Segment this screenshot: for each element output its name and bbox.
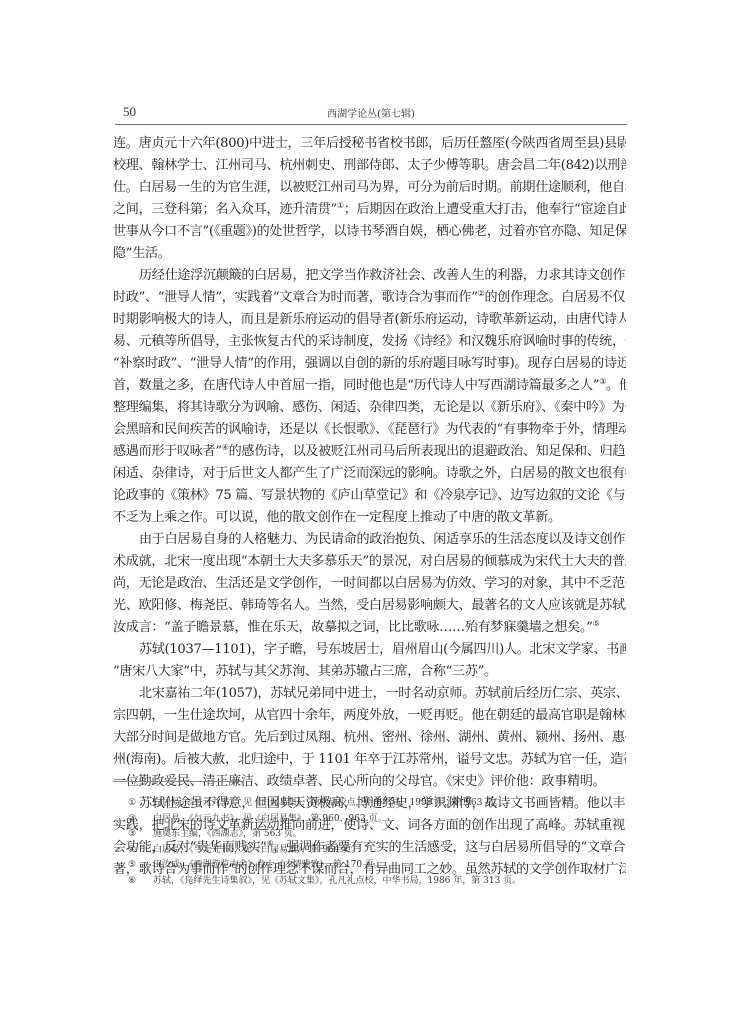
footnote-item: ⑥苏轼，《凫绎先生诗集叙》，见《苏轼文集》，孔凡礼点校，中华书局，1986 年，…: [128, 874, 628, 890]
text-line: 世事从今口不言”(《重题》)的处世哲学，以诗书琴酒自娱，栖心佛老，过着亦官亦隐、…: [113, 221, 626, 243]
text-line: “唐宋八大家”中，苏轼与其父苏洵、其弟苏辙占三席，合称“三苏”。: [113, 661, 626, 683]
footnote-mark: ⑥: [128, 874, 153, 890]
footnote-text: 苏轼，《凫绎先生诗集叙》，见《苏轼文集》，孔凡礼点校，中华书局，1986 年，第…: [153, 876, 521, 886]
running-title: 西湖学论丛(第七辑): [115, 105, 627, 120]
text-line: 之间，三登科第；名入众耳，迹升清贯”①；后期因在政治上遭受重大打击，他奉行“宦途…: [113, 199, 626, 221]
text-line: 尚，无论是政治、生活还是文学创作，一时间都以白居易为仿效、学习的对象，其中不乏范…: [113, 573, 626, 595]
footnotes: ①白居易，《与元九书》，见《白居易集》，顾学颉校点，中华书局，1999 年，第 …: [128, 796, 628, 890]
footnote-mark: ③: [128, 827, 153, 843]
footnote-mark: ②: [128, 812, 153, 828]
text-line: 易、元稹等所倡导，主张恢复古代的采诗制度，发扬《诗经》和汉魏乐府讽喻时事的传统，…: [113, 331, 626, 353]
footnote-text: 白居易，《与元九书》，见《白居易集》，第 960、962 页。: [153, 814, 387, 824]
text-line: 大部分时间是做地方官。先后到过凤翔、杭州、密州、徐州、湖州、黄州、颍州、扬州、惠…: [113, 727, 626, 749]
footnote-text: 施奠东主编，《西湖志》，第 563 页。: [153, 829, 302, 839]
text-line: 时期影响极大的诗人，而且是新乐府运动的倡导者(新乐府运动，诗歌革新运动，由唐代诗…: [113, 309, 626, 331]
text-line: 会黑暗和民间疾苦的讽喻诗，还是以《长恨歌》、《琵琶行》为代表的“有事物牵于外，情…: [113, 419, 626, 441]
text-line: 宗四朝，一生仕途坎坷，从官四十余年，两度外放，一贬再贬。他在朝廷的最高官职是翰林…: [113, 705, 626, 727]
body-text: 连。唐贞元十六年(800)中进士，三年后授秘书省校书郎，后历任盩厔(今陕西省周至…: [113, 133, 626, 881]
footnote-mark: ⑤: [128, 858, 153, 874]
footnote-item: ⑤田汝成，《西湖游览志余》卷十《才情雅致》，第 170 页。: [128, 858, 628, 874]
footnote-mark: ④: [128, 843, 153, 859]
text-line: 感遇而形于叹咏者”④的感伤诗，以及被贬江州司马后所表现出的退避政治、知足保和、归…: [113, 441, 626, 463]
text-line: 不乏为上乘之作。可以说，他的散文创作在一定程度上推动了中唐的散文革新。: [113, 507, 626, 529]
text-line: 由于白居易自身的人格魅力、为民请命的政治抱负、闲适享乐的生活态度以及诗文创作上的…: [113, 529, 626, 551]
text-line: 光、欧阳修、梅尧臣、韩琦等名人。当然，受白居易影响颇大、最著名的文人应该就是苏轼…: [113, 595, 626, 617]
text-line: 连。唐贞元十六年(800)中进士，三年后授秘书省校书郎，后历任盩厔(今陕西省周至…: [113, 133, 626, 155]
text-line: 时政”、“泄导人情”，实践着“文章合为时而著，歌诗合为事而作”②的创作理念。白居…: [113, 287, 626, 309]
footnote-text: 白居易，《与元九书》，见《白居易集》，第 964 页。: [153, 845, 360, 855]
footnote-item: ①白居易，《与元九书》，见《白居易集》，顾学颉校点，中华书局，1999 年，第 …: [128, 796, 628, 812]
footnote-mark: ①: [128, 796, 153, 812]
footnote-ref[interactable]: ④: [222, 443, 229, 452]
text-line: “补察时政”、“泄导人情”的作用，强调以自创的新的乐府题目咏写时事)。现存白居易…: [113, 353, 626, 375]
footnote-text: 田汝成，《西湖游览志余》卷十《才情雅致》，第 170 页。: [153, 860, 383, 870]
text-line: 州(海南)。后被大赦，北归途中，于 1101 年卒于江苏常州，谥号文忠。苏轼为官…: [113, 749, 626, 771]
text-line: 汝成言：“盖子瞻景慕，惟在乐天，故摹拟之词，比比歌咏……殆有梦寐羹墙之想矣。”⑤: [113, 617, 626, 639]
footnote-item: ③施奠东主编，《西湖志》，第 563 页。: [128, 827, 628, 843]
text-line: 整理编集，将其诗歌分为讽喻、感伤、闲适、杂律四类，无论是以《新乐府》、《秦中吟》…: [113, 397, 626, 419]
text-line: 论政事的《策林》75 篇、写景状物的《庐山草堂记》和《冷泉亭记》、边写边叙的文论…: [113, 485, 626, 507]
text-line: 首，数量之多，在唐代诗人中首屈一指，同时他也是“历代诗人中写西湖诗篇最多之人”③…: [113, 375, 626, 397]
footnote-ref[interactable]: ⑤: [593, 619, 600, 628]
document-page: 50 西湖学论丛(第七辑) 连。唐贞元十六年(800)中进士，三年后授秘书省校书…: [0, 0, 742, 1014]
footnote-item: ②白居易，《与元九书》，见《白居易集》，第 960、962 页。: [128, 812, 628, 828]
page-header: 50 西湖学论丛(第七辑): [115, 98, 627, 125]
footnote-ref[interactable]: ①: [337, 201, 344, 210]
text-line: 苏轼(1037—1101)，字子瞻，号东坡居士，眉州眉山(今属四川)人。北宋文学…: [113, 639, 626, 661]
footnote-ref[interactable]: ③: [599, 377, 606, 386]
text-line: 一位勤政爱民、清正廉洁、政绩卓著、民心所向的父母官。《宋史》评价他：政事精明。: [113, 771, 626, 793]
text-line: 北宋嘉祐二年(1057)，苏轼兄弟同中进士，一时名动京师。苏轼前后经历仁宗、英宗…: [113, 683, 626, 705]
text-line: 仕。白居易一生的为官生涯，以被贬江州司马为界，可分为前后时期。前期仕途顺利，他自…: [113, 177, 626, 199]
text-line: 历经仕途浮沉颠簸的白居易，把文学当作救济社会、改善人生的利器，力求其诗文创作能“…: [113, 265, 626, 287]
footnote-divider: [113, 781, 243, 782]
text-line: 隐”生活。: [113, 243, 626, 265]
text-line: 闲适、杂律诗，对于后世文人都产生了广泛而深远的影响。诗歌之外，白居易的散文也很有…: [113, 463, 626, 485]
text-line: 术成就，北宋一度出现“本朝士大夫多慕乐天”的景况，对白居易的倾慕成为宋代士大夫的…: [113, 551, 626, 573]
text-line: 校理、翰林学士、江州司马、杭州刺史、刑部侍郎、太子少傅等职。唐会昌二年(842)…: [113, 155, 626, 177]
footnote-item: ④白居易，《与元九书》，见《白居易集》，第 964 页。: [128, 843, 628, 859]
footnote-text: 白居易，《与元九书》，见《白居易集》，顾学颉校点，中华书局，1999 年，第 9…: [153, 798, 503, 808]
footnote-ref[interactable]: ②: [478, 289, 485, 298]
